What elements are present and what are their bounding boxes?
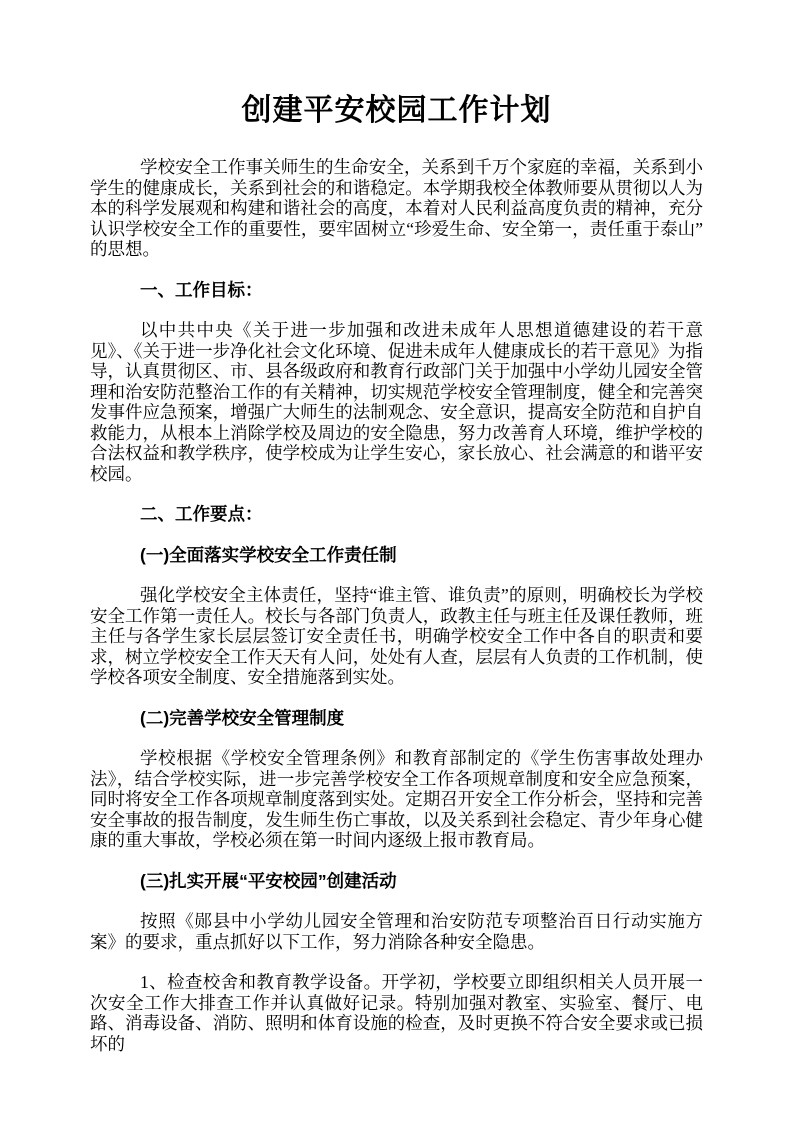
point1-body: 强化学校安全主体责任，坚持“谁主管、谁负责”的原则，明确校长为学校安全工作第一责… — [90, 585, 703, 688]
goal-section-body: 以中共中央《关于进一步加强和改进未成年人思想道德建设的若干意见》、《关于进一步净… — [90, 320, 703, 484]
point3-item1-paragraph: 1、检查校舍和教育教学设备。开学初，学校要立即组织相关人员开展一次安全工作大排查… — [90, 972, 703, 1054]
point2-body: 学校根据《学校安全管理条例》和教育部制定的《学生伤害事故处理办法》，结合学校实际… — [90, 748, 703, 851]
point2-heading: (二)完善学校安全管理制度 — [90, 708, 703, 729]
point3-body: 按照《郧县中小学幼儿园安全管理和治安防范专项整治百日行动实施方案》的要求，重点抓… — [90, 911, 703, 952]
points-section-heading: 二、工作要点： — [90, 504, 703, 525]
point3-heading: (三)扎实开展“平安校园”创建活动 — [90, 871, 703, 892]
document-page: 创建平安校园工作计划 学校安全工作事关师生的生命安全，关系到千万个家庭的幸福，关… — [0, 0, 793, 1122]
goal-section-heading: 一、工作目标： — [90, 280, 703, 301]
point1-heading: (一)全面落实学校安全工作责任制 — [90, 545, 703, 566]
intro-paragraph: 学校安全工作事关师生的生命安全，关系到千万个家庭的幸福，关系到小学生的健康成长，… — [90, 157, 703, 260]
document-title: 创建平安校园工作计划 — [90, 89, 703, 133]
